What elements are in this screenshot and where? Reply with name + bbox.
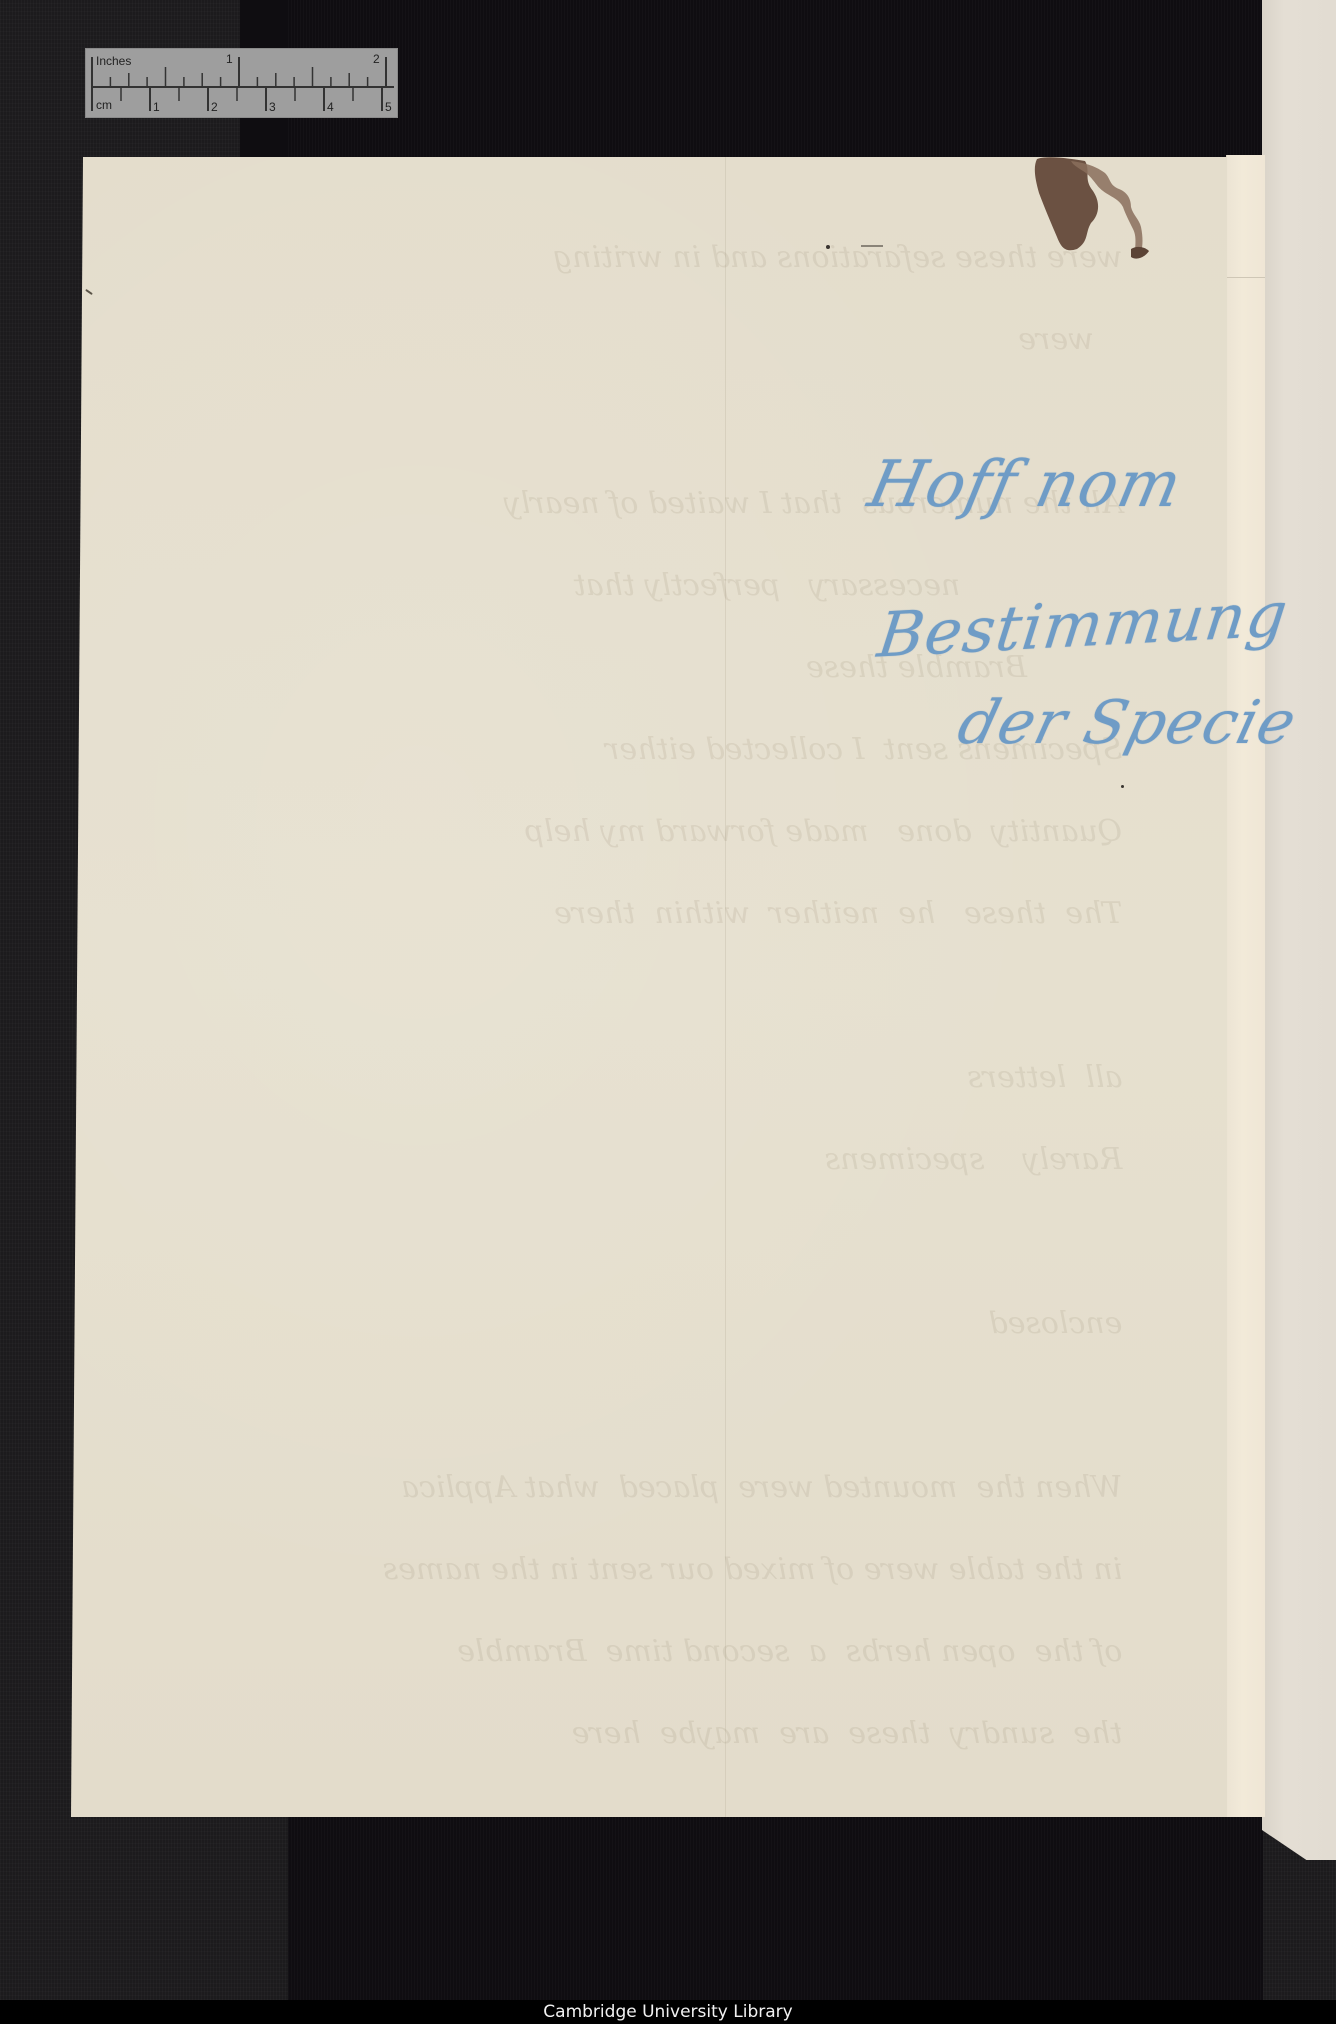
ink-stain <box>1031 157 1231 267</box>
pencil-mark <box>85 289 93 295</box>
annotation-line-2: Bestimmung <box>874 577 1292 671</box>
footer-credit: Cambridge University Library <box>0 2000 1336 2024</box>
adjacent-page <box>1262 0 1336 1860</box>
fold-line <box>725 157 726 1817</box>
ruler-ticks <box>86 49 399 119</box>
ruler-cm-label: cm <box>96 99 112 111</box>
ruler-inches-label: Inches <box>96 55 131 67</box>
ruler-cm-mark: 3 <box>269 101 276 113</box>
ruler-cm-mark: 1 <box>153 101 160 113</box>
ruler-cm-mark: 2 <box>211 101 218 113</box>
page-edge-strip <box>1226 155 1265 1817</box>
strip-crease <box>1227 277 1265 278</box>
annotation-line-1: Hoff nom <box>862 448 1188 522</box>
ruler-inch-mark: 1 <box>226 53 233 65</box>
ink-speck <box>826 245 830 249</box>
ruler-inch-mark: 2 <box>373 53 380 65</box>
manuscript-page: were these sefarations and in writing we… <box>71 157 1227 1817</box>
ruler-cm-mark: 5 <box>385 101 392 113</box>
scale-ruler: Inches 1 2 cm 1 2 3 4 5 <box>85 48 398 118</box>
pencil-dash <box>861 245 883 247</box>
handwritten-annotation: Hoff nom Bestimmung der Specie <box>860 448 1240 768</box>
annotation-line-3: der Specie <box>951 688 1303 758</box>
footer-text: Cambridge University Library <box>543 2002 792 2022</box>
ruler-cm-mark: 4 <box>327 101 334 113</box>
ink-speck <box>1121 785 1124 788</box>
